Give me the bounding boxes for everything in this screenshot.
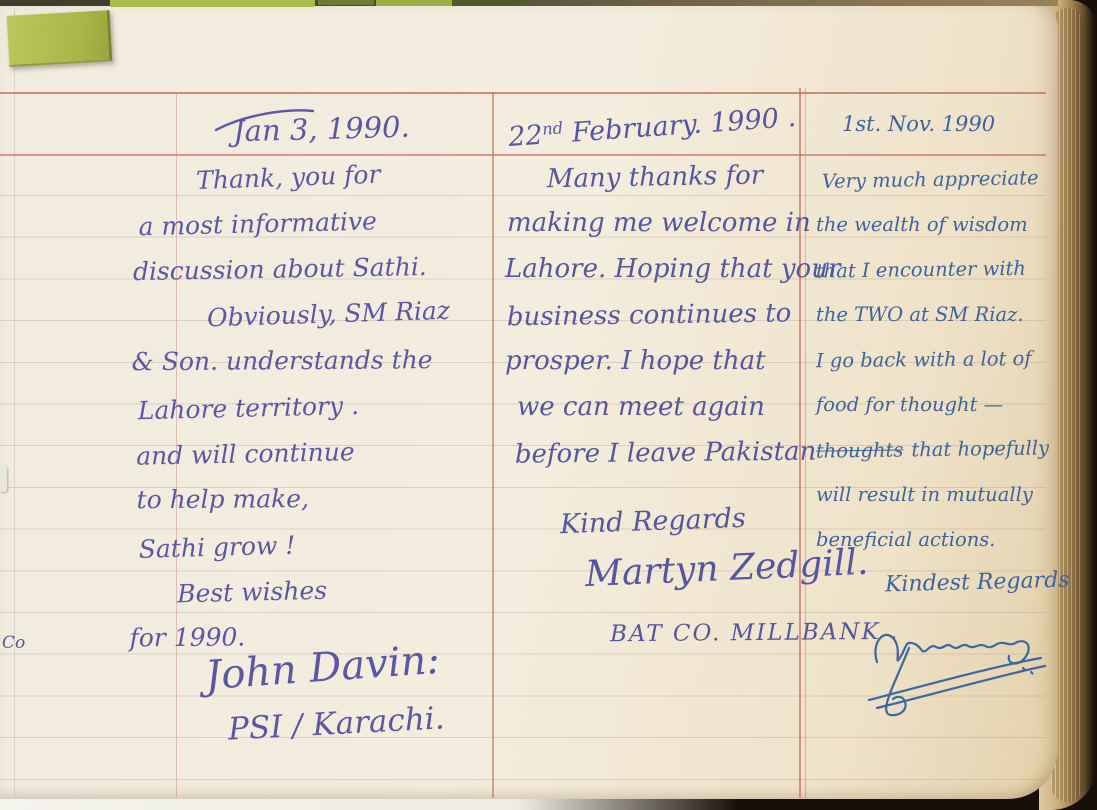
entry-line: beneficial actions. (816, 528, 1052, 573)
entry-line: a most informative (126, 203, 499, 258)
date-day: 22 (507, 120, 543, 153)
entry-line: the TWO at SM Riaz. (816, 303, 1052, 348)
sticky-tab-strip-2 (318, 0, 374, 5)
header-rule-top (0, 92, 1046, 94)
scanned-guestbook-page: Jan 3, 1990. Thank, you for a most infor… (0, 0, 1097, 810)
entry-line: the wealth of wisdom (816, 213, 1052, 258)
left-edge-tab (0, 466, 7, 492)
entry-line: I go back with a lot of (816, 347, 1052, 394)
entry-line: Lahore. Hoping that your (505, 254, 850, 300)
entry-line: business continues to (505, 298, 851, 349)
entry-line: Obviously, SM Riaz (127, 294, 500, 352)
entry-closing: Kindest Regards (885, 568, 1070, 598)
entry-body: Many thanks for making me welcome in Lah… (505, 162, 850, 484)
entry-line: we can meet again (505, 392, 850, 438)
signature-flourish (855, 606, 1055, 726)
entry-line: thoughtsthat hopefully (816, 436, 1053, 484)
entry-line: making me welcome in (505, 208, 850, 254)
date-ordinal: nd (542, 118, 564, 138)
entry-line: Best wishes (129, 571, 502, 626)
margin-note: Co (2, 633, 25, 653)
entry-date: Jan 3, 1990. (233, 110, 411, 149)
entry-line: to help make, (128, 483, 500, 532)
left-margin-rule (14, 8, 15, 798)
entry-line: Very much appreciate (816, 166, 1053, 215)
entry-body: Thank, you for a most informative discus… (126, 161, 502, 670)
entry-line: food for thought — (816, 393, 1052, 438)
crossed-out-word: thoughts (816, 438, 904, 462)
entry-line: before I leave Pakistan (505, 436, 850, 486)
entry-line: prosper. I hope that (505, 346, 850, 392)
entry-closing: Kind Regards (560, 503, 747, 540)
entry-line: and will continue (128, 434, 501, 488)
sticky-tab-strip-3 (376, 0, 452, 6)
sticky-tab-large (7, 10, 113, 67)
entry-line-rest: that hopefully (911, 436, 1049, 461)
header-rule-bottom (0, 154, 1046, 156)
sticky-tab-strip-4 (454, 0, 526, 5)
entry-date: 1st. Nov. 1990 (842, 112, 995, 136)
entry-line: will result in mutually (816, 483, 1052, 528)
entry-body: Very much appreciate the wealth of wisdo… (816, 168, 1052, 573)
page-bottom-edge (0, 799, 740, 810)
entry-line: & Son. understands the (128, 345, 500, 394)
entry-line: Many thanks for (505, 159, 851, 211)
entry-line: that I encounter with (816, 256, 1053, 304)
sticky-tab-strip-1 (110, 0, 315, 7)
